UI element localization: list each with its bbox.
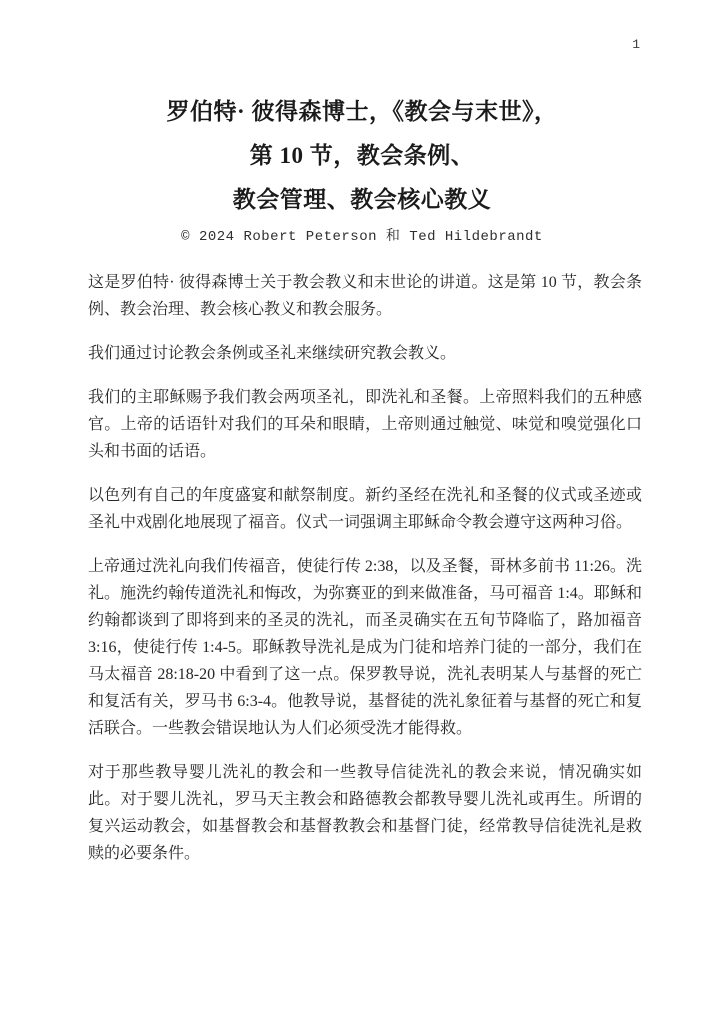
- document-page: 1 罗伯特· 彼得森博士，《教会与末世》， 第 10 节，教会条例、 教会管理、…: [0, 0, 724, 1024]
- copyright-line: © 2024 Robert Peterson 和 Ted Hildebrandt: [0, 225, 724, 245]
- title-line-1: 罗伯特· 彼得森博士，《教会与末世》，: [0, 90, 724, 134]
- paragraph-2: 我们通过讨论教会条例或圣礼来继续研究教会教义。: [88, 340, 642, 367]
- paragraph-4: 以色列有自己的年度盛宴和献祭制度。新约圣经在洗礼和圣餐的仪式或圣迹或圣礼中戏剧化…: [88, 482, 642, 536]
- paragraph-3: 我们的主耶稣赐予我们教会两项圣礼，即洗礼和圣餐。上帝照料我们的五种感官。上帝的话…: [88, 384, 642, 465]
- paragraph-1: 这是罗伯特· 彼得森博士关于教会教义和末世论的讲道。这是第 10 节，教会条例、…: [88, 269, 642, 323]
- document-body: 这是罗伯特· 彼得森博士关于教会教义和末世论的讲道。这是第 10 节，教会条例、…: [88, 269, 642, 867]
- document-title: 罗伯特· 彼得森博士，《教会与末世》， 第 10 节，教会条例、 教会管理、教会…: [0, 90, 724, 222]
- paragraph-5: 上帝通过洗礼向我们传福音，使徒行传 2:38，以及圣餐，哥林多前书 11:26。…: [88, 553, 642, 742]
- title-block: 罗伯特· 彼得森博士，《教会与末世》， 第 10 节，教会条例、 教会管理、教会…: [0, 0, 724, 245]
- paragraph-6: 对于那些教导婴儿洗礼的教会和一些教导信徒洗礼的教会来说，情况确实如此。对于婴儿洗…: [88, 759, 642, 867]
- title-line-2: 第 10 节，教会条例、: [0, 134, 724, 178]
- title-line-3: 教会管理、教会核心教义: [0, 178, 724, 222]
- page-number: 1: [632, 38, 640, 51]
